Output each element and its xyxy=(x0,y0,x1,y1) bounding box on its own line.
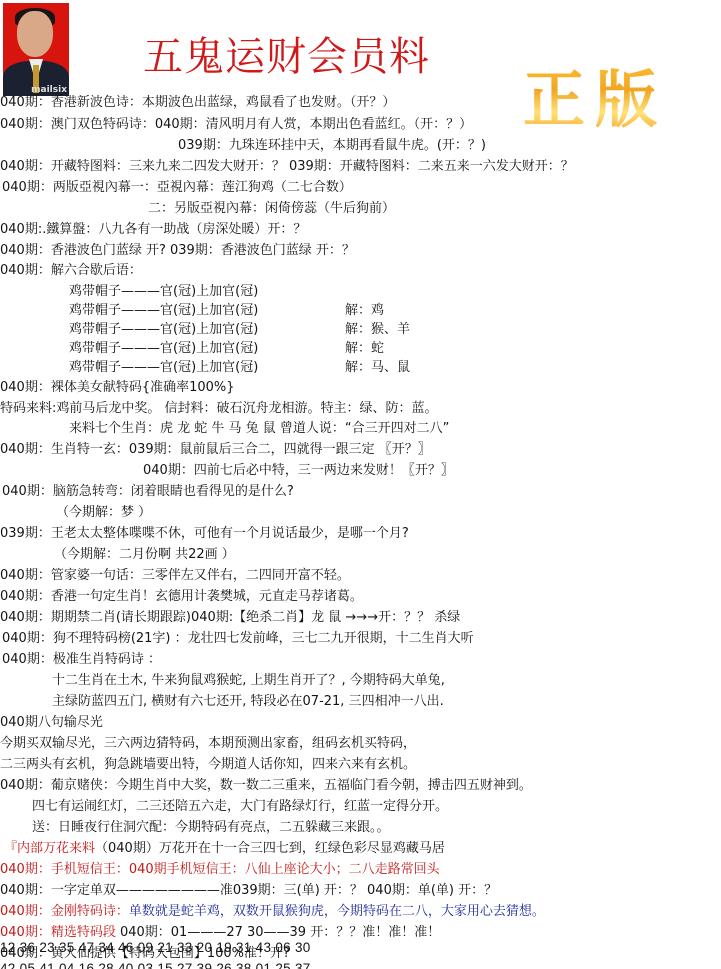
highlight-blue: 单数就是蛇羊鸡，双数开鼠猴狗虎，今期特码在二八，大家用心去猜想。 xyxy=(129,904,545,919)
tip-line: 040期：葡京赌侠：今期生肖中大奖，数一数二三重来，五福临门看今朝，搏击四五财神… xyxy=(0,777,532,794)
tip-line: 039期：王老太太整体喋喋不休，可他有一个月说话最少，是哪一个月? xyxy=(0,525,409,542)
tip-line: 『内部万花来料（040期）万花开在十一合三四七到，红绿色彩尽显鸡藏马居 xyxy=(4,840,445,857)
tip-line: 鸡带帽子———官(冠)上加官(冠) xyxy=(69,302,258,319)
tip-line: 今期买双输尽光，三六两边猜特码，本期预测出家畜，组码玄机买特码， xyxy=(0,735,416,752)
tip-text: 040期：开藏特图料：三来九来二四发大财开：？ 039期：开藏特图料：二来五来一… xyxy=(0,159,574,174)
tip-line: 四七有运闹红灯，二三还陪五六走，大门有路绿灯行，红蓝一定得分开。 xyxy=(32,798,448,815)
tip-line: 特码来料:鸡前马后龙中奖。 信封料：破石沉舟龙相游。特主：绿、防：蓝。 xyxy=(0,400,438,417)
tip-line: 鸡带帽子———官(冠)上加官(冠) xyxy=(69,359,258,376)
tip-text: 040期：极准生肖特码诗 ： xyxy=(2,652,161,667)
tip-line: （今期解：梦 ） xyxy=(56,504,151,521)
tip-line: 040期:.鐵算盤：八九各有一助战（房深处暖）开：？ xyxy=(0,221,306,238)
tip-text: 040期：生肖特一玄：039期：鼠前鼠后三合二，四就得一跟三定 〖开？〗 xyxy=(0,442,431,457)
tip-text: 鸡带帽子———官(冠)上加官(冠) xyxy=(69,303,258,318)
authentic-badge: 正版 xyxy=(523,50,667,139)
tip-text: 040期：期期禁二肖(请长期跟踪)040期:【绝杀二肖】龙 鼠 →→→开：？？ … xyxy=(0,610,460,625)
tip-text: 040期：香港新波色诗：本期波色出蓝绿，鸡鼠看了也发财。（开？） xyxy=(0,95,395,110)
tip-text: 039期：王老太太整体喋喋不休，可他有一个月说话最少，是哪一个月? xyxy=(0,526,409,541)
riddle-answer: 解：猴、羊 xyxy=(345,321,410,338)
tip-text: 四七有运闹红灯，二三还陪五六走，大门有路绿灯行，红蓝一定得分开。 xyxy=(32,799,448,814)
tip-text: （040期）万花开在十一合三四七到，红绿色彩尽显鸡藏马居 xyxy=(95,841,445,856)
tip-text: 040期：解六合歇后语： xyxy=(0,263,142,278)
tip-line: （今期解：二月份啊 共22画 ） xyxy=(54,546,235,563)
member-photo: mailsix xyxy=(3,3,69,96)
tip-text: 040期：四前七后必中特，三一两边来发财！〖开？〗 xyxy=(143,463,454,478)
tip-text: 040期：香港波色门蓝绿 开? 039期：香港波色门蓝绿 开：？ xyxy=(0,243,355,258)
page-title: 五鬼运财会员料 xyxy=(143,25,430,82)
tip-text: 040期：澳门双色特码诗：040期：清风明月有人赏，本期出色看蓝红。（开：？） xyxy=(0,117,472,132)
tip-text: 今期买双输尽光，三六两边猜特码，本期预测出家畜，组码玄机买特码， xyxy=(0,736,416,751)
tip-line: 040期：澳门双色特码诗：040期：清风明月有人赏，本期出色看蓝红。（开：？） xyxy=(0,116,472,133)
tip-line: 040期：香港波色门蓝绿 开? 039期：香港波色门蓝绿 开：？ xyxy=(0,242,355,259)
tip-line: 040期：四前七后必中特，三一两边来发财！〖开？〗 xyxy=(143,462,454,479)
tip-text: 040期：葡京赌侠：今期生肖中大奖，数一数二三重来，五福临门看今朝，搏击四五财神… xyxy=(0,778,532,793)
highlight-red: 040期：金刚特码诗： xyxy=(0,904,129,919)
number-row: 42 05 41 04 16 28 40 03 15 27 39 26 38 0… xyxy=(0,960,311,969)
tip-text: 鸡带帽子———官(冠)上加官(冠) xyxy=(69,322,258,337)
tip-text: 十二生肖在土木, 牛来狗鼠鸡猴蛇, 上期生肖开了？, 今期特码大单兔, xyxy=(52,673,445,688)
tip-line: 040期：期期禁二肖(请长期跟踪)040期:【绝杀二肖】龙 鼠 →→→开：？？ … xyxy=(0,609,460,626)
tip-text: 039期：九珠连环挂中天，本期再看鼠牛虎。(开：？) xyxy=(178,138,486,153)
tip-line: 鸡带帽子———官(冠)上加官(冠) xyxy=(69,340,258,357)
tip-line: 来料七个生肖：虎 龙 蛇 牛 马 兔 鼠 曾道人说：“合三开四对二八” xyxy=(69,420,449,437)
tip-text: 040期：01———27 30——39 开：？？准！准！准！ xyxy=(116,925,440,940)
tip-line: 主绿防蓝四五门, 横财有六七还开, 特段必在07-21, 三四相冲一八出. xyxy=(52,693,444,710)
tip-line: 040期：香港一句定生肖！玄德用计袭樊城，元直走马荐诸葛。 xyxy=(0,588,363,605)
highlight-red: 『内部万花来料 xyxy=(4,841,95,856)
number-row: 12 36 23 35 47 34 46 09 21 33 20 19 31 4… xyxy=(0,939,311,956)
tip-text: 送：日睡夜行住洞穴配：今期特码有亮点，二五躲藏三来跟。。 xyxy=(32,820,390,835)
tip-text: （今期解：梦 ） xyxy=(56,505,151,520)
tip-line: 送：日睡夜行住洞穴配：今期特码有亮点，二五躲藏三来跟。。 xyxy=(32,819,390,836)
tip-text: 040期：脑筋急转弯：闭着眼睛也看得见的是什么? xyxy=(2,484,294,499)
tip-line: 十二生肖在土木, 牛来狗鼠鸡猴蛇, 上期生肖开了？, 今期特码大单兔, xyxy=(52,672,445,689)
tip-line: 040期八句输尽光 xyxy=(0,714,103,731)
tip-line: 040期：两版亞視內幕一：亞視內幕：莲江狗鸡（二七合数） xyxy=(2,179,352,196)
tip-text: 040期：两版亞視內幕一：亞視內幕：莲江狗鸡（二七合数） xyxy=(2,180,352,195)
highlight-red: 040期：手机短信王：040期手机短信王：八仙上座论大小；二八走路常回头 xyxy=(0,862,440,877)
tip-line: 鸡带帽子———官(冠)上加官(冠) xyxy=(69,321,258,338)
tip-text: 040期：裸体美女献特码{准确率100%} xyxy=(0,380,235,395)
tip-text: 特码来料:鸡前马后龙中奖。 信封料：破石沉舟龙相游。特主：绿、防：蓝。 xyxy=(0,401,438,416)
tip-text: 040期：一字定单双————————准039期：三(单) 开：？ 040期：单(… xyxy=(0,883,497,898)
tip-text: 040期：狗不理特码榜(21字) ：龙壮四七发前峰，三七二九开很期，十二生肖大听 xyxy=(2,631,474,646)
tip-line: 040期：裸体美女献特码{准确率100%} xyxy=(0,379,235,396)
tip-text: 040期：香港一句定生肖！玄德用计袭樊城，元直走马荐诸葛。 xyxy=(0,589,363,604)
tip-line: 040期：脑筋急转弯：闭着眼睛也看得见的是什么? xyxy=(2,483,294,500)
tip-text: 二三两头有玄机，狗急跳墙要出特，今期道人话你知，四来六来有玄机。 xyxy=(0,757,416,772)
tip-line: 040期：手机短信王：040期手机短信王：八仙上座论大小；二八走路常回头 xyxy=(0,861,440,878)
tip-line: 040期：一字定单双————————准039期：三(单) 开：？ 040期：单(… xyxy=(0,882,497,899)
tip-line: 040期：管家婆一句话：三零伴左又伴右，二四同开富不轻。 xyxy=(0,567,350,584)
tip-text: 鸡带帽子———官(冠)上加官(冠) xyxy=(69,341,258,356)
tip-line: 040期：生肖特一玄：039期：鼠前鼠后三合二，四就得一跟三定 〖开？〗 xyxy=(0,441,431,458)
tip-line: 040期：开藏特图料：三来九来二四发大财开：？ 039期：开藏特图料：二来五来一… xyxy=(0,158,574,175)
photo-face xyxy=(17,11,53,57)
tip-line: 040期：解六合歇后语： xyxy=(0,262,142,279)
tip-text: 040期：管家婆一句话：三零伴左又伴右，二四同开富不轻。 xyxy=(0,568,350,583)
tip-text: 主绿防蓝四五门, 横财有六七还开, 特段必在07-21, 三四相冲一八出. xyxy=(52,694,444,709)
tip-line: 039期：九珠连环挂中天，本期再看鼠牛虎。(开：？) xyxy=(178,137,486,154)
tip-text: （今期解：二月份啊 共22画 ） xyxy=(54,547,235,562)
tip-text: 040期:.鐵算盤：八九各有一助战（房深处暖）开：？ xyxy=(0,222,306,237)
tip-text: 鸡带帽子———官(冠)上加官(冠) xyxy=(69,284,258,299)
riddle-answer: 解：蛇 xyxy=(345,340,384,357)
riddle-answer: 解：马、鼠 xyxy=(345,359,410,376)
tip-line: 040期：香港新波色诗：本期波色出蓝绿，鸡鼠看了也发财。（开？） xyxy=(0,94,395,111)
tip-line: 040期：狗不理特码榜(21字) ：龙壮四七发前峰，三七二九开很期，十二生肖大听 xyxy=(2,630,474,647)
tip-text: 040期八句输尽光 xyxy=(0,715,103,730)
tip-text: 来料七个生肖：虎 龙 蛇 牛 马 兔 鼠 曾道人说：“合三开四对二八” xyxy=(69,421,449,436)
riddle-answer: 解：鸡 xyxy=(345,302,384,319)
tip-line: 040期：金刚特码诗：单数就是蛇羊鸡，双数开鼠猴狗虎，今期特码在二八，大家用心去… xyxy=(0,903,545,920)
tip-line: 二：另版亞視內幕：闲倚傍蕊（牛后狗前） xyxy=(148,200,395,217)
tip-text: 二：另版亞視內幕：闲倚傍蕊（牛后狗前） xyxy=(148,201,395,216)
tip-line: 二三两头有玄机，狗急跳墙要出特，今期道人话你知，四来六来有玄机。 xyxy=(0,756,416,773)
tip-text: 鸡带帽子———官(冠)上加官(冠) xyxy=(69,360,258,375)
tip-line: 鸡带帽子———官(冠)上加官(冠) xyxy=(69,283,258,300)
tip-line: 040期：极准生肖特码诗 ： xyxy=(2,651,161,668)
highlight-red: 040期：精选特码段 xyxy=(0,925,116,940)
